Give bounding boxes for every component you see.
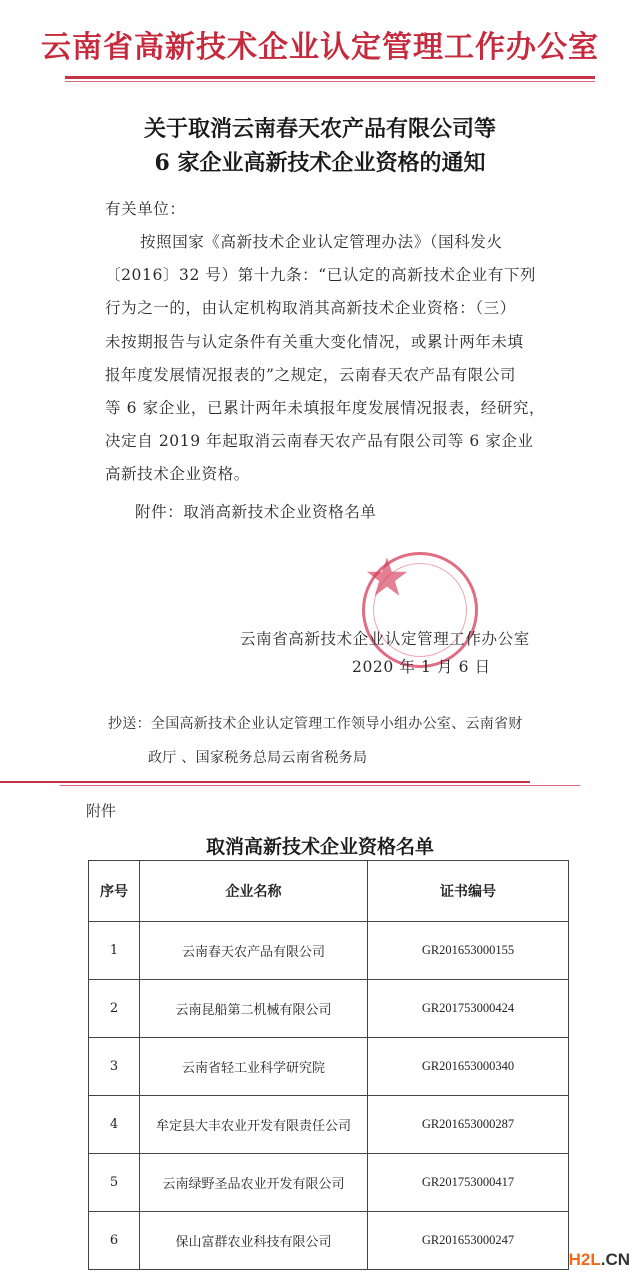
row-number: 3 xyxy=(89,1038,140,1096)
company-name: 云南省轻工业科学研究院 xyxy=(140,1038,368,1096)
body-line: 行为之一的，由认定机构取消其高新技术企业资格：（三） xyxy=(105,296,516,318)
site-watermark: H2L.CN xyxy=(569,1250,630,1270)
table-row: 2 云南昆船第二机械有限公司 GR201753000424 xyxy=(89,980,569,1038)
table-row: 6 保山富群农业科技有限公司 GR201653000247 xyxy=(89,1212,569,1270)
row-number: 4 xyxy=(89,1096,140,1154)
certificate-number: GR201653000155 xyxy=(368,922,569,980)
body-line: 高新技术企业资格。 xyxy=(105,462,250,484)
certificate-number: GR201753000417 xyxy=(368,1154,569,1212)
attachment-reference: 附件：取消高新技术企业资格名单 xyxy=(135,500,377,522)
table-row: 5 云南绿野圣品农业开发有限公司 GR201753000417 xyxy=(89,1154,569,1212)
annex-title: 取消高新技术企业资格名单 xyxy=(0,832,640,859)
watermark-brand: H2L xyxy=(569,1250,601,1269)
body-line: 未按期报告与认定条件有关重大变化情况，或累计两年未填 xyxy=(105,330,524,352)
signature-organization: 云南省高新技术企业认定管理工作办公室 xyxy=(240,627,530,649)
certificate-number: GR201753000424 xyxy=(368,980,569,1038)
footer-divider-thin xyxy=(60,785,580,786)
table-header-row: 序号 企业名称 证书编号 xyxy=(89,861,569,922)
table-row: 4 牟定县大丰农业开发有限责任公司 GR201653000287 xyxy=(89,1096,569,1154)
company-name: 云南昆船第二机械有限公司 xyxy=(140,980,368,1038)
certificate-number: GR201653000340 xyxy=(368,1038,569,1096)
official-seal xyxy=(362,552,478,668)
revocation-table: 序号 企业名称 证书编号 1 云南春天农产品有限公司 GR20165300015… xyxy=(88,860,569,1270)
body-line: 按照国家《高新技术企业认定管理办法》（国科发火 xyxy=(140,230,503,252)
salutation: 有关单位： xyxy=(105,197,186,219)
column-header-certificate: 证书编号 xyxy=(368,861,569,922)
letterhead-divider-thin xyxy=(65,81,595,82)
table-row: 3 云南省轻工业科学研究院 GR201653000340 xyxy=(89,1038,569,1096)
cc-line2: 政厅 、国家税务总局云南省税务局 xyxy=(148,747,367,767)
certificate-number: GR201653000287 xyxy=(368,1096,569,1154)
body-line: 等 6 家企业，已累计两年未填报年度发展情况报表，经研究， xyxy=(105,396,545,418)
company-name: 云南绿野圣品农业开发有限公司 xyxy=(140,1154,368,1212)
column-header-company: 企业名称 xyxy=(140,861,368,922)
column-header-number: 序号 xyxy=(89,861,140,922)
annex-label: 附件 xyxy=(86,800,116,821)
company-name: 云南春天农产品有限公司 xyxy=(140,922,368,980)
table-row: 1 云南春天农产品有限公司 GR201653000155 xyxy=(89,922,569,980)
star-icon xyxy=(365,555,409,599)
notice-title-line2: 6 家企业高新技术企业资格的通知 xyxy=(0,146,640,177)
cc-line1: 抄送：全国高新技术企业认定管理工作领导小组办公室、云南省财 xyxy=(108,713,523,733)
company-name: 牟定县大丰农业开发有限责任公司 xyxy=(140,1096,368,1154)
row-number: 5 xyxy=(89,1154,140,1212)
letterhead-divider xyxy=(65,76,595,79)
body-line: 〔2016〕32 号）第十九条：“已认定的高新技术企业有下列 xyxy=(105,263,536,285)
certificate-number: GR201653000247 xyxy=(368,1212,569,1270)
signature-date: 2020 年 1 月 6 日 xyxy=(352,655,491,677)
watermark-suffix: .CN xyxy=(601,1250,630,1269)
row-number: 1 xyxy=(89,922,140,980)
row-number: 6 xyxy=(89,1212,140,1270)
company-name: 保山富群农业科技有限公司 xyxy=(140,1212,368,1270)
body-line: 决定自 2019 年起取消云南春天农产品有限公司等 6 家企业 xyxy=(105,429,534,451)
body-line: 报年度发展情况报表的”之规定，云南春天农产品有限公司 xyxy=(105,363,516,385)
footer-divider xyxy=(0,781,530,783)
notice-title-line1: 关于取消云南春天农产品有限公司等 xyxy=(0,112,640,143)
letterhead-title: 云南省高新技术企业认定管理工作办公室 xyxy=(0,22,640,66)
row-number: 2 xyxy=(89,980,140,1038)
